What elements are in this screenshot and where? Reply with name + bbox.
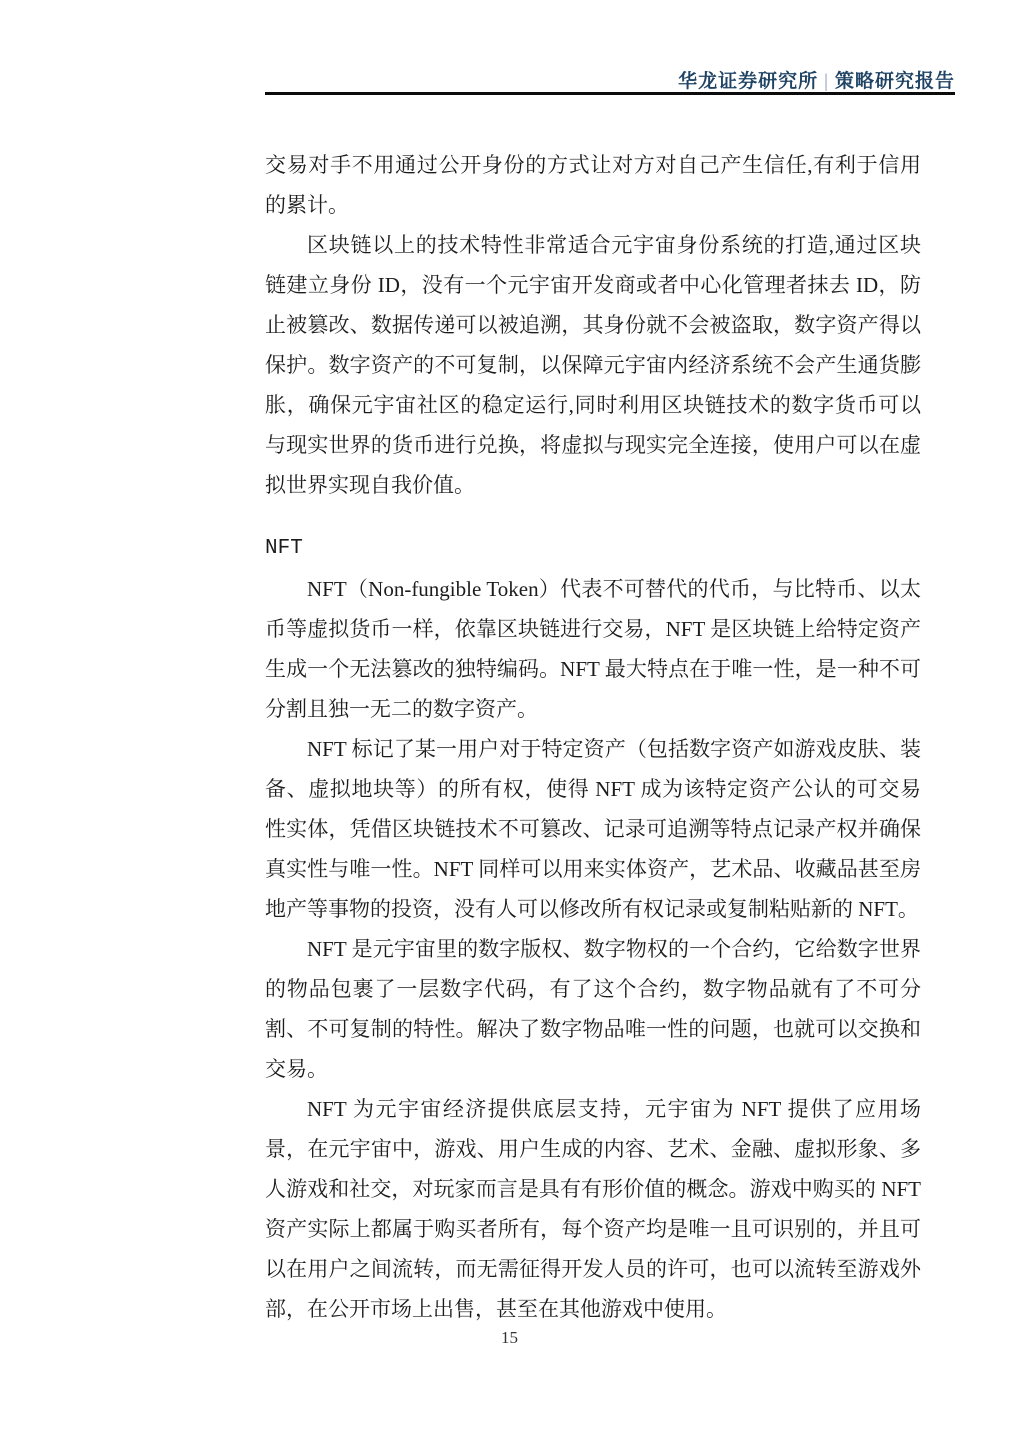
document-body: 交易对手不用通过公开身份的方式让对方对自己产生信任,有利于信用的累计。 区块链以… [265, 145, 921, 1329]
paragraph-nft-definition: NFT（Non-fungible Token）代表不可替代的代币，与比特币、以太… [265, 569, 921, 729]
report-page: 华龙证券研究所|策略研究报告 交易对手不用通过公开身份的方式让对方对自己产生信任… [0, 0, 1019, 1440]
page-header: 华龙证券研究所|策略研究报告 [265, 66, 955, 93]
paragraph-nft-metaverse-economy: NFT 为元宇宙经济提供底层支持，元宇宙为 NFT 提供了应用场景，在元宇宙中，… [265, 1089, 921, 1329]
header-divider: | [818, 71, 835, 92]
header-institute: 华龙证券研究所 [678, 71, 818, 92]
paragraph-blockchain-identity: 区块链以上的技术特性非常适合元宇宙身份系统的打造,通过区块链建立身份 ID，没有… [265, 225, 921, 505]
header-rule [265, 92, 955, 95]
page-footer: 15 [0, 1328, 1019, 1348]
page-number: 15 [501, 1328, 518, 1347]
paragraph-nft-ownership: NFT 标记了某一用户对于特定资产（包括数字资产如游戏皮肤、装备、虚拟地块等）的… [265, 729, 921, 929]
paragraph-nft-contract: NFT 是元宇宙里的数字版权、数字物权的一个合约，它给数字世界的物品包裹了一层数… [265, 929, 921, 1089]
paragraph-trust-continuation: 交易对手不用通过公开身份的方式让对方对自己产生信任,有利于信用的累计。 [265, 145, 921, 225]
header-report-type: 策略研究报告 [835, 71, 955, 92]
section-heading-nft: NFT [265, 529, 921, 569]
